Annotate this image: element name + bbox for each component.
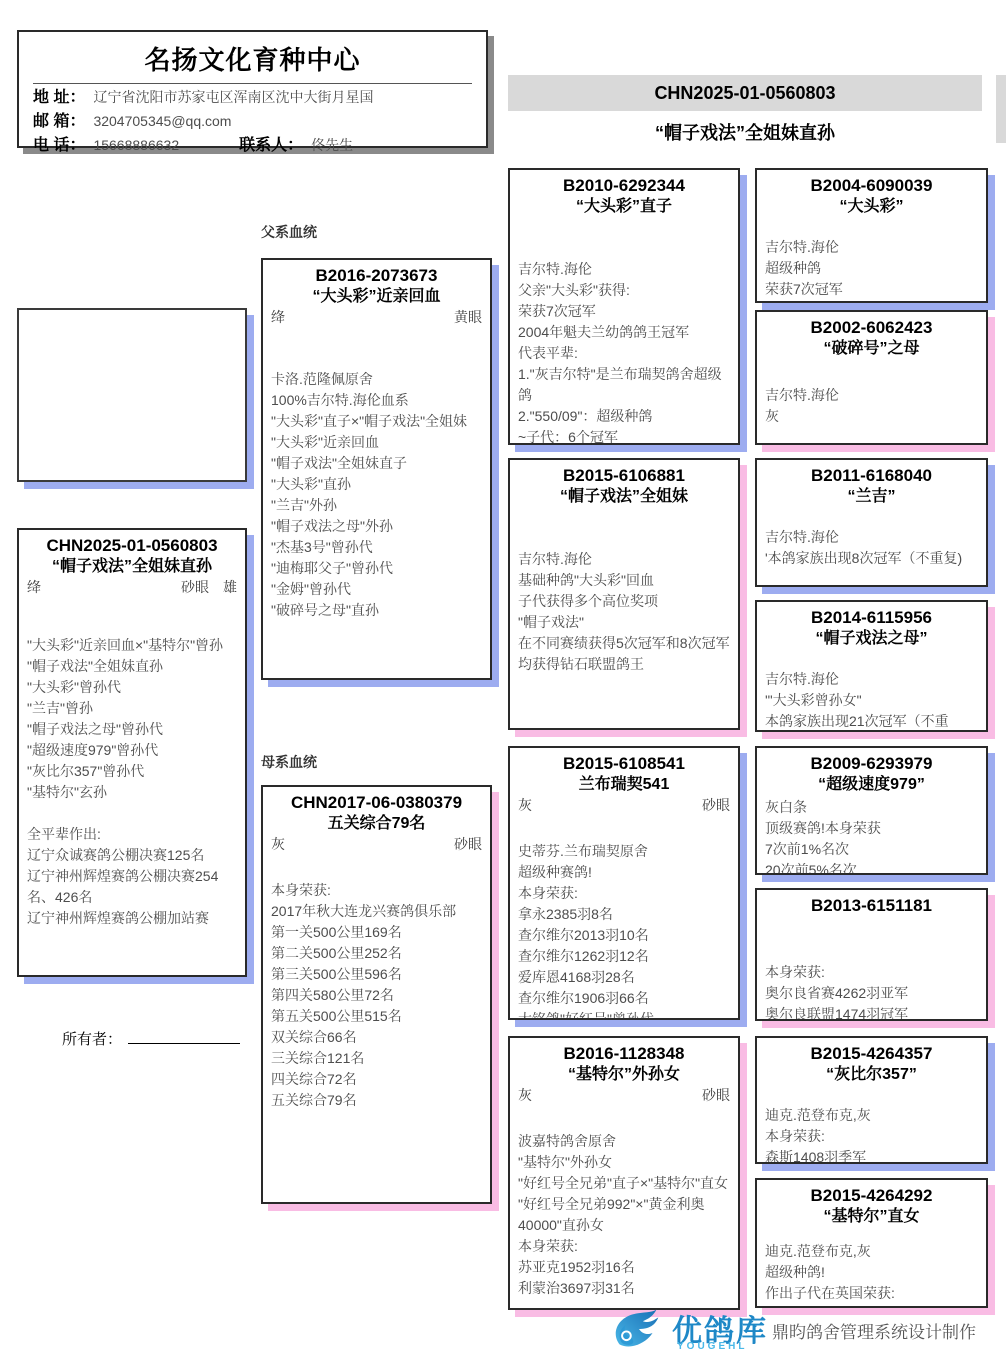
bird-name: “帽子戏法之母” — [765, 628, 978, 649]
father-details: 卡洛.范隆佩原舍 100%吉尔特.海伦血系 "大头彩"直子×"帽子戏法"全姐妹 … — [271, 369, 482, 621]
ring-number: B2014-6115956 — [765, 607, 978, 628]
feather-color: 灰 — [518, 1085, 532, 1105]
traits: 灰 砂眼 — [518, 795, 730, 815]
email-label: 邮 箱： — [33, 112, 85, 132]
breeder-center-name: 名扬文化育种中心 — [33, 36, 472, 84]
eye-color: 砂眼 — [702, 1085, 730, 1105]
ring-number: B2011-6168040 — [765, 465, 978, 486]
feather-color: 绛 — [27, 577, 41, 597]
father-ring: B2016-2073673 — [271, 265, 482, 286]
bird-name: “破碎号”之母 — [765, 338, 978, 359]
mother-traits: 灰 砂眼 — [271, 834, 482, 854]
details: 吉尔特.海伦 '"大头彩曾孙女" 本鸽家族出现21次冠军（不重 — [765, 669, 978, 732]
details: 灰白条 顶级赛鸽!本身荣获 7次前1%名次 20次前5%名次 — [765, 797, 978, 875]
main-bird-traits: 绛 砂眼雄 — [27, 577, 237, 597]
great-grandparent-box-2: B2002-6062423 “破碎号”之母 吉尔特.海伦 灰 — [755, 310, 988, 445]
ring-number: B2013-6151181 — [765, 895, 978, 916]
photo-placeholder — [17, 308, 247, 482]
ring-number: B2015-4264292 — [765, 1185, 978, 1206]
details: 吉尔特.海伦 基础种鸽"大头彩"回血 子代获得多个高位奖项 "帽子戏法" 在不同… — [518, 549, 730, 675]
grandparent-box-4: B2016-1128348 “基特尔”外孙女 灰 砂眼 波嘉特鸽舍原舍 "基特尔… — [508, 1036, 740, 1310]
traits: 灰 砂眼 — [518, 1085, 730, 1105]
bird-title: “帽子戏法”全姐妹直孙 — [508, 119, 982, 145]
address-row: 地 址： 辽宁省沈阳市苏家屯区浑南区沈中大街月星国 — [33, 87, 472, 108]
great-grandparent-box-1: B2004-6090039 “大头彩” 吉尔特.海伦 超级种鸽 荣获7次冠军 — [755, 168, 988, 303]
bird-name: “灰比尔357” — [765, 1064, 978, 1085]
details: 迪克.范登布克,灰 超级种鸽! 作出子代在英国荣获: — [765, 1241, 978, 1304]
bird-name: 兰布瑞契541 — [518, 774, 730, 795]
address-value: 辽宁省沈阳市苏家屯区浑南区沈中大街月星国 — [93, 87, 373, 107]
owner-blank-line — [128, 1030, 240, 1044]
father-name: “大头彩”近亲回血 — [271, 286, 482, 307]
credit-text: 鼎昀鸽舍管理系统设计制作 — [772, 1318, 976, 1343]
owner-label: 所有者： — [62, 1031, 122, 1048]
main-bird-name: “帽子戏法”全姐妹直孙 — [27, 556, 237, 577]
grandparent-box-1: B2010-6292344 “大头彩”直子 吉尔特.海伦 父亲"大头彩"获得: … — [508, 168, 740, 445]
father-lineage-label: 父系血统 — [261, 222, 317, 242]
ring-number: B2015-6108541 — [518, 753, 730, 774]
email-row: 邮 箱： 3204705345@qq.com — [33, 111, 472, 132]
bird-name: “基特尔”直女 — [765, 1206, 978, 1227]
details: 吉尔特.海伦 超级种鸽 荣获7次冠军 — [765, 237, 978, 300]
main-bird-ring: CHN2025-01-0560803 — [27, 535, 237, 556]
great-grandparent-box-7: B2015-4264357 “灰比尔357” 迪克.范登布克,灰 本身荣获: 森… — [755, 1036, 988, 1164]
great-grandparent-box-4: B2014-6115956 “帽子戏法之母” 吉尔特.海伦 '"大头彩曾孙女" … — [755, 600, 988, 732]
bird-name: “大头彩” — [765, 196, 978, 217]
bird-name: “帽子戏法”全姐妹 — [518, 486, 730, 507]
mother-details: 本身荣获: 2017年秋大连龙兴赛鸽俱乐部 第一关500公里169名 第二关50… — [271, 880, 482, 1111]
pedigree-certificate-page: 名扬文化育种中心 地 址： 辽宁省沈阳市苏家屯区浑南区沈中大街月星国 邮 箱： … — [0, 0, 1006, 1366]
grandparent-box-3: B2015-6108541 兰布瑞契541 灰 砂眼 史蒂芬.兰布瑞契原舍 超级… — [508, 746, 740, 1020]
ring-number: B2002-6062423 — [765, 317, 978, 338]
father-box: B2016-2073673 “大头彩”近亲回血 绛 黄眼 卡洛.范隆佩原舍 10… — [261, 258, 492, 680]
phone-label: 电 话： — [33, 136, 85, 156]
ring-number: B2015-4264357 — [765, 1043, 978, 1064]
details: 吉尔特.海伦 '本鸽家族出现8次冠军（不重复) — [765, 527, 978, 569]
ring-number: B2016-1128348 — [518, 1043, 730, 1064]
feather-color: 灰 — [518, 795, 532, 815]
bird-name: “超级速度979” — [765, 774, 978, 795]
feather-color: 绛 — [271, 307, 285, 327]
bird-name: “基特尔”外孙女 — [518, 1064, 730, 1085]
details: 波嘉特鸽舍原舍 "基特尔"外孙女 "好红号全兄弟"直子×"基特尔"直女 "好红号… — [518, 1131, 730, 1299]
details: 吉尔特.海伦 父亲"大头彩"获得: 荣获7次冠军 2004年魁夫兰幼鸽鸽王冠军 … — [518, 259, 730, 445]
eye-color: 砂眼 — [181, 579, 209, 595]
ring-number-bar: CHN2025-01-0560803 — [508, 75, 982, 111]
address-label: 地 址： — [33, 88, 85, 108]
eye-color: 砂眼 — [702, 795, 730, 815]
mother-name: 五关综合79名 — [271, 813, 482, 834]
father-traits: 绛 黄眼 — [271, 307, 482, 327]
feather-color: 灰 — [271, 834, 285, 854]
yougeku-logo-icon — [610, 1300, 668, 1358]
ring-number: B2004-6090039 — [765, 175, 978, 196]
email-value: 3204705345@qq.com — [93, 111, 231, 131]
contact-label: 联系人： — [239, 136, 303, 156]
details: 迪克.范登布克,灰 本身荣获: 森斯1408羽季军 — [765, 1105, 978, 1164]
great-grandparent-box-3: B2011-6168040 “兰吉” 吉尔特.海伦 '本鸽家族出现8次冠军（不重… — [755, 458, 988, 587]
phone-row: 电 话： 15668886632 联系人： 佟先生 — [33, 135, 472, 156]
great-grandparent-box-8: B2015-4264292 “基特尔”直女 迪克.范登布克,灰 超级种鸽! 作出… — [755, 1178, 988, 1308]
phone-value: 15668886632 — [93, 135, 179, 155]
grandparent-box-2: B2015-6106881 “帽子戏法”全姐妹 吉尔特.海伦 基础种鸽"大头彩"… — [508, 458, 740, 730]
great-grandparent-box-6: B2013-6151181 本身荣获: 奥尔良省赛4262羽亚军 奥尔良联盟14… — [755, 888, 988, 1021]
main-bird-details: "大头彩"近亲回血×"基特尔"曾孙 "帽子戏法"全姐妹直孙 "大头彩"曾孙代 "… — [27, 635, 237, 929]
eye-color: 黄眼 — [454, 307, 482, 327]
edge-strip — [996, 75, 1006, 143]
contact-value: 佟先生 — [311, 135, 353, 155]
ring-number: B2009-6293979 — [765, 753, 978, 774]
mother-box: CHN2017-06-0380379 五关综合79名 灰 砂眼 本身荣获: 20… — [261, 785, 492, 1204]
ring-number: B2015-6106881 — [518, 465, 730, 486]
sex: 雄 — [223, 579, 237, 595]
ring-number: B2010-6292344 — [518, 175, 730, 196]
details: 吉尔特.海伦 灰 — [765, 385, 978, 427]
owner-row: 所有者： — [62, 1028, 240, 1049]
eye-color: 砂眼 — [454, 834, 482, 854]
brand-name-en: YOUGEHL — [677, 1341, 747, 1352]
details: 本身荣获: 奥尔良省赛4262羽亚军 奥尔良联盟1474羽冠军 — [765, 962, 978, 1021]
breeder-header-box: 名扬文化育种中心 地 址： 辽宁省沈阳市苏家屯区浑南区沈中大街月星国 邮 箱： … — [17, 30, 488, 148]
details: 史蒂芬.兰布瑞契原舍 超级种赛鸽! 本身荣获: 拿永2385羽8名 查尔维尔20… — [518, 841, 730, 1020]
mother-ring: CHN2017-06-0380379 — [271, 792, 482, 813]
great-grandparent-box-5: B2009-6293979 “超级速度979” 灰白条 顶级赛鸽!本身荣获 7次… — [755, 746, 988, 875]
bird-name: “大头彩”直子 — [518, 196, 730, 217]
main-bird-box: CHN2025-01-0560803 “帽子戏法”全姐妹直孙 绛 砂眼雄 "大头… — [17, 528, 247, 977]
mother-lineage-label: 母系血统 — [261, 752, 317, 772]
bird-name: “兰吉” — [765, 486, 978, 507]
